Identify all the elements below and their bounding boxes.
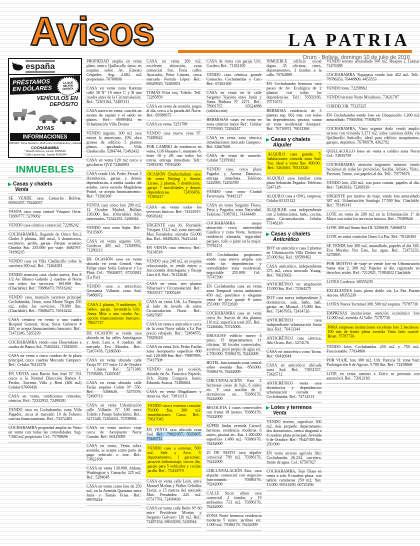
- classified-ad: ALQUILO casa familiar zona plaza Sebasti…: [266, 175, 322, 193]
- classified-ad: CASA de venta con garaje Urb. Cordero Re…: [206, 58, 262, 72]
- classified-ad: CASA nueva en venta, cancela un monto de…: [86, 108, 142, 131]
- classified-ad-highlighted: OCASIÓN Chuñuchuñuni casa de venta Beiji…: [146, 171, 202, 205]
- classified-ad: COCHABAMBA vendo casa Huayrakasa a cuadr…: [8, 339, 82, 353]
- classified-ad: ANTICRÉTICO venta casa dormitorios y dep…: [266, 380, 322, 403]
- classified-ad: VENDO casa 240 m2, en esquina refacciona…: [146, 258, 202, 281]
- classified-ad: VENDO casa zona Sajín. Ref.: 76135605: [86, 225, 142, 239]
- classified-ad: CASA en anticrético zona Tacna. Ref.: 69…: [266, 349, 322, 363]
- classified-ad: LOTE en venta camino a Zofro se permuta …: [326, 371, 420, 385]
- classified-ad: VENDO lotes Cochabamba 250 m2 y 750 m2. …: [326, 344, 420, 358]
- column: VENDO terreno amurallado 500 m2. Huajara…: [326, 58, 420, 544]
- classified-ad: EN VENTA casa céntrica. Ref.: 76134518: [146, 245, 202, 259]
- classified-ad: CASA en venta Magallanes y América. Ref.…: [146, 389, 202, 403]
- column: CASA en venta 260 m2, excelente ubicació…: [146, 58, 202, 544]
- classified-ad: RECOLETA 2 casas comerciales con frente …: [206, 405, 262, 423]
- column: CASA de venta con garaje Urb. Cordero Re…: [206, 58, 262, 544]
- classified-ad: SÚPER lindas avenida Caracol hermosa res…: [206, 423, 262, 450]
- classified-ad: LOTE 300 m2 Santa Ana III. 5256639, 7266…: [326, 225, 420, 234]
- classified-ad: EMPRESAS instituciones atención económic…: [326, 310, 420, 324]
- joyas-text: JOYAS: [9, 125, 81, 132]
- prestamos-banner: PRÉSTAMOS EN DÓLARES LA QUE MEJOR OFERTA: [10, 75, 80, 94]
- classified-ad: CASA en venta zona Kantuta calle 38 N° 1…: [86, 85, 142, 108]
- classified-ad: CASA en venta como lote de 250 m2, en la…: [86, 483, 142, 506]
- classified-ad: VENTA casa como lote 200 m2, 12 Octubre …: [86, 202, 142, 225]
- classified-ad: EN venta terreno agrícola Alto Cochabamb…: [266, 450, 322, 468]
- vehicles-image: [11, 108, 79, 125]
- vehiculos-text: VEHÍCULOS EN DEPÓSITO: [9, 95, 81, 108]
- classified-ad: HOTEL funcionando zona central sobre ave…: [206, 360, 262, 378]
- classified-ad: CASA en venta ubicada calle Tarija esqui…: [86, 380, 142, 403]
- espana-brand: españa: [26, 61, 55, 73]
- classified-ad: LOTES Nueva Terminal 300, 500 m2 esquina…: [326, 301, 420, 310]
- classified-ad: CASA en venta a cinco cuadras de la plaz…: [8, 353, 82, 371]
- column: españa PRÉSTAMOS EN DÓLARES LA QUE MEJOR…: [8, 58, 82, 544]
- section-header: ▶Lotes y terrenosVenta: [266, 403, 322, 418]
- classified-ad: CASA céntrica en venta a una cuadra Hosp…: [8, 317, 82, 340]
- classified-ad: CASA de venta de acuerdo. Celular 723593…: [206, 153, 262, 167]
- classified-ad: LOTES Cordecor. 68355239: [326, 279, 420, 288]
- classified-ad: CORDECOR. 75325325: [326, 103, 420, 112]
- classified-ad: CASA en venta. 5251788: [146, 121, 202, 130]
- classified-ad: VENDO mansión casa chalet nueva, Km 8 1/…: [8, 272, 82, 295]
- section-header: ▶Casas y chaletsAlquiler: [266, 135, 322, 150]
- classified-ad: VENDO lote, 230 m2, con pozo común, pape…: [326, 180, 420, 194]
- classified-ad: CALLE Sucre altura casa comercial 2 tien…: [206, 490, 262, 513]
- classified-ad: EN Cochabamba casa en venta zona Tempora…: [206, 283, 262, 310]
- classified-ad: CASA en anticrético ubicada zona Sud. Re…: [266, 362, 322, 380]
- classified-ad: CASA en venta calle Belín N° 60 entre Pr…: [146, 505, 202, 528]
- classified-ad: VENDO casa en Villa Challacollo sobre la…: [8, 258, 82, 272]
- classified-ad: CASA en venta Sargento Flores, Petot y P…: [206, 202, 262, 220]
- classified-ad: 25 DE MAYO casa alquiler comercial 789 m…: [206, 450, 262, 468]
- classified-ad: VENDO casa céntrica comercial. 72286242: [8, 222, 82, 231]
- section-subtitle: Anticrético: [273, 237, 322, 243]
- section-marker-icon: ▶: [266, 405, 269, 410]
- classified-ad: CIRCUNVALACIÓN Este 2 hermosas casas de …: [206, 378, 262, 405]
- bull-logo-icon: [11, 62, 24, 71]
- classified-ad: ALQUILER casa independiente con 2 habita…: [266, 207, 322, 230]
- section-marker-icon: ▶: [266, 137, 269, 142]
- section-subtitle: Venta: [273, 411, 322, 417]
- classified-ad: DE OCASIÓN casa en venta ubicada en zona…: [86, 256, 142, 283]
- classified-ad: URGENTE casa Av. Reynaldo Vásquez 112,5 …: [146, 222, 202, 245]
- classified-ad: VENDO casa, mansión carretera principal …: [8, 294, 82, 317]
- classified-ad: EN VENTA casa Barrio San José N° 531 cer…: [8, 371, 82, 394]
- classified-ad: HERMOSA residencia de 3 plantas sup. 662…: [266, 108, 322, 135]
- classified-ad: POR MOTIVO de viaje se vende lote en Urb…: [326, 261, 420, 279]
- classified-ad: CASA en venta 120 m2 cerca a gasolinera …: [86, 157, 142, 171]
- classified-ad: VENDO casa por ocasión, ubicada en Av. F…: [146, 366, 202, 389]
- classified-ad: CASA en venta ubicada calle Tarija N° 15…: [86, 357, 142, 380]
- classified-ad: CASA en venta 130.000, Aldana, Washingto…: [86, 465, 142, 483]
- classified-ad: EN Cochabamba hermosa casa paseo de Av. …: [266, 81, 322, 108]
- classified-ad: CASA en venta zona céntrica inmediacione…: [206, 135, 262, 153]
- classified-ad: CASA en venta calle León, entre Manuel M…: [146, 478, 202, 505]
- columns: españa PRÉSTAMOS EN DÓLARES LA QUE MEJOR…: [8, 58, 420, 544]
- classified-ad: VENDO casa a anticrético Germania Villaz…: [86, 283, 142, 301]
- classified-ad: VENDO urgente, 300 m2 casa entera lo ame…: [86, 130, 142, 157]
- classified-ad: COCHABAMBA, llegando de Oruro Km.2 Chale…: [8, 231, 82, 258]
- classified-ad: COCHABAMBA Tiquipaya vendo lote 452 m2. …: [326, 72, 420, 86]
- classified-ad: VENDO casa céntrica grande Camacho, Coch…: [206, 72, 262, 90]
- classified-ad: URGENTE por motivo de viaje, vendo lote …: [326, 193, 420, 211]
- classified-ad: CASA en venta de reunión, pagos al día, …: [146, 103, 202, 121]
- classified-ad: CASA en venta Urb. Pedro Farfán zona Aer…: [146, 344, 202, 367]
- classified-ad: CASA en venta en la calle Sargento Tejer…: [206, 90, 262, 117]
- newspaper-masthead: LA PATRIA: [288, 30, 410, 51]
- section-header: ▶Casas y chaletsAnticrético: [266, 229, 322, 244]
- classified-ad: VENDO casa, cerca plaza Pagador y Aroma …: [206, 166, 262, 189]
- classified-ad: VENDO terreno, superficie 300 m2, más pe…: [266, 419, 322, 451]
- classified-ad: COCHABAMBA propiedad amplia en Vinto en …: [8, 425, 82, 443]
- classified-ad: ALQUILO casa a ONG, empresa. Celular 651…: [266, 193, 322, 207]
- classified-ad: VENTA casa zona central Vásquez Ortiz. 7…: [8, 209, 82, 223]
- column-content: españa PRÉSTAMOS EN DÓLARES LA QUE MEJOR…: [8, 58, 82, 443]
- classified-ad: CASA en venta, condiciones cómodas, cént…: [8, 393, 82, 407]
- classified-ad: CASA anticrético, independiente 375 m2, …: [266, 263, 322, 281]
- classified-ad-highlighted: VENDO casa a estrenar, 500 m2, Sale y Ar…: [146, 445, 202, 479]
- classified-ad: CASA en venta Urbanización calle Villazó…: [86, 402, 142, 425]
- classified-ad: COCHABAMBA atención migrantes mineros ve…: [326, 162, 420, 180]
- informaciones-bar: INFORMACIONES: [10, 133, 80, 141]
- classified-ad: CASA vende Urb. Pedro Ferrari 3 dormitor…: [86, 171, 142, 203]
- classified-ad: CIRCUNVALACIÓN Este, casa alquiler comer…: [206, 468, 262, 491]
- classified-ad: LOTE en venta de 200 m2 en la Urbanizaci…: [326, 211, 420, 225]
- classified-ad: CASA en venta Urb. La Pampita al lado de…: [146, 299, 202, 322]
- classified-ad: EN Cochabamba vendo lote en Chuquicollo …: [326, 112, 420, 126]
- classified-ad: DE OCASIÓN se vende casa ubicada en las …: [86, 330, 142, 357]
- espana-loan-house-ad: españa PRÉSTAMOS EN DÓLARES LA QUE MEJOR…: [8, 58, 82, 158]
- classified-ad-highlighted: CASA 2 plantas, 9 ambientes, 3 baños, ga…: [86, 301, 142, 330]
- classified-ad: CASA en venta 260 m2, excelente ubicació…: [146, 58, 202, 90]
- classified-ad: ANTICRÉTICO casa independiente urbanizac…: [266, 317, 322, 335]
- classified-ad-highlighted: PARA empresas instituciones excelente lo…: [326, 324, 420, 344]
- page-header: Avisos LA PATRIA Oruro - Bolivia, doming…: [0, 6, 420, 58]
- classified-ad: PROPIEDAD amplia en venta plano centro Q…: [86, 58, 142, 85]
- newspaper-page: Avisos LA PATRIA Oruro - Bolivia, doming…: [0, 0, 420, 546]
- classified-ad: QUILLACOLLO lotes en venta a crédito zon…: [326, 148, 420, 162]
- page-title: Avisos: [30, 12, 154, 52]
- classified-ad: VENDO casa zona Ciudad Ferroviaria. 7044…: [206, 189, 262, 203]
- classified-ad: DOY casa nueva independiente 3 dormitori…: [266, 295, 322, 318]
- prestamos-text: PRÉSTAMOS EN DÓLARES: [13, 78, 58, 93]
- classified-ad: CASA en venta motivo viaje cerca de Aero…: [86, 425, 142, 443]
- classified-ad: ANTICRÉTICO en ampliación 15.000 $us. Re…: [266, 281, 322, 295]
- classified-ad-highlighted: ALQUILO casa grande, 5 habitaciones cómo…: [266, 151, 322, 176]
- classified-ad: EN Cochabamba propietario vende casa nue…: [206, 252, 262, 284]
- column: PROPIEDAD amplia en venta plano centro Q…: [86, 58, 142, 544]
- classified-ad: POR VIAJE, lote 300 m2, Urb. Patricia II…: [326, 357, 420, 371]
- classified-ad: EXCELENTES lotes plena doble vía La Paz …: [326, 288, 420, 302]
- classified-ad: COCHABAMBA, Tejo Tilata en venta a solo …: [266, 468, 322, 491]
- classified-ad: VENDO terreno amurallado 500 m2. Huajara…: [326, 58, 420, 72]
- classified-ad: VENDO casa nueva zona 97. 75489622: [146, 130, 202, 144]
- classified-ad: COCHABAMBA casa en venta cerca Av. Sueci…: [206, 310, 262, 333]
- classified-ad: INMUEBLE edificio social digno, 35 ofici…: [266, 58, 322, 81]
- espana-logo-row: españa: [9, 59, 81, 75]
- classified-ad: LOTE en venta comisión Oruro La Paz. Ref…: [326, 234, 420, 243]
- classified-ad: EN VENTA casa ubicada zona Sud. Ref.: 79…: [146, 427, 202, 445]
- highlighted-phone-numbers: Ref.: 79021957, 5635607, 75426712: [147, 432, 202, 441]
- section-subtitle: Venta: [15, 187, 82, 193]
- cochabamba-address-2: * Calle Lanza esq. Jordán 4500344: [9, 154, 81, 158]
- column-content: CASA en venta 260 m2, excelente ubicació…: [146, 58, 202, 528]
- section-marker-icon: ▶: [8, 182, 11, 187]
- classified-ad: CASA en venta urgente Urb. Cordecor 405 …: [86, 238, 142, 256]
- classified-ad: SE VENDE lote 300 m2, amurallado, papele…: [326, 243, 420, 261]
- classified-ad: TOMÁS Frías esq. Toledo. Telf. 72285858: [146, 90, 202, 104]
- section-marker-icon: ▶: [266, 232, 269, 237]
- classified-ad: COCHABAMBA, Vinto urgente darlo vendo am…: [326, 126, 420, 149]
- classified-ad: VENDO terreno Norte Miraflores. 73631787: [326, 94, 420, 103]
- classified-ad: SE VENDE casa Camacho Bolívar. 69565297,…: [8, 195, 82, 209]
- classified-ad: CASA en venta, tres plantas Villarroel y…: [146, 281, 202, 299]
- classified-ad: COCHABAMBA mejor ubicación cerca univers…: [206, 220, 262, 252]
- classified-ad: DOY en anticrético casa 2 plantas en Urb…: [266, 245, 322, 263]
- classified-ad: URUGUAY edificio nuevo 4 pisos, 15 depar…: [206, 333, 262, 360]
- classified-ad: CASA en venta todos los servicios básico…: [146, 204, 202, 222]
- inmuebles-heading: INMUEBLES: [8, 161, 82, 178]
- classified-ad: CASA en venta a anticrético cerca de la …: [146, 321, 202, 344]
- column-content: VENDO terreno amurallado 500 m2. Huajara…: [326, 58, 420, 384]
- column-content: CASA de venta con garaje Urb. Cordero Re…: [206, 58, 262, 531]
- classified-ad: CASA en venta, Venta sobre avenida, se a…: [86, 443, 142, 466]
- section-header: ▶Casas y chaletsVenta: [8, 179, 82, 194]
- classified-ad: ZONA Norte hermosa residencia moderna 5 …: [206, 513, 262, 531]
- classified-ad: HERMOSAS casas en venta en zona céntrica…: [206, 117, 262, 135]
- column-content: INMUEBLE edificio social digno, 35 ofici…: [266, 58, 322, 491]
- section-subtitle: Alquiler: [273, 143, 322, 149]
- classified-ad: ANTICRÉTICO casa céntrica, Año Oruro. Re…: [266, 335, 322, 349]
- classified-ad: POR CAMBIO de residencia en venta, UJS H…: [146, 144, 202, 171]
- column-content: PROPIEDAD amplia en venta plano centro Q…: [86, 58, 142, 506]
- classified-ad: VENDO casa en Cochabamba, zona Villa Pag…: [8, 407, 82, 425]
- column: INMUEBLE edificio social digno, 35 ofici…: [266, 58, 322, 544]
- classified-ad: VENDO lotes. 72258962: [326, 85, 420, 94]
- mejor-oferta-badge: LA QUE MEJOR OFERTA: [57, 76, 79, 96]
- classified-ad-highlighted: VENDO casa a estrenar consulte 70.000 $u…: [146, 402, 202, 427]
